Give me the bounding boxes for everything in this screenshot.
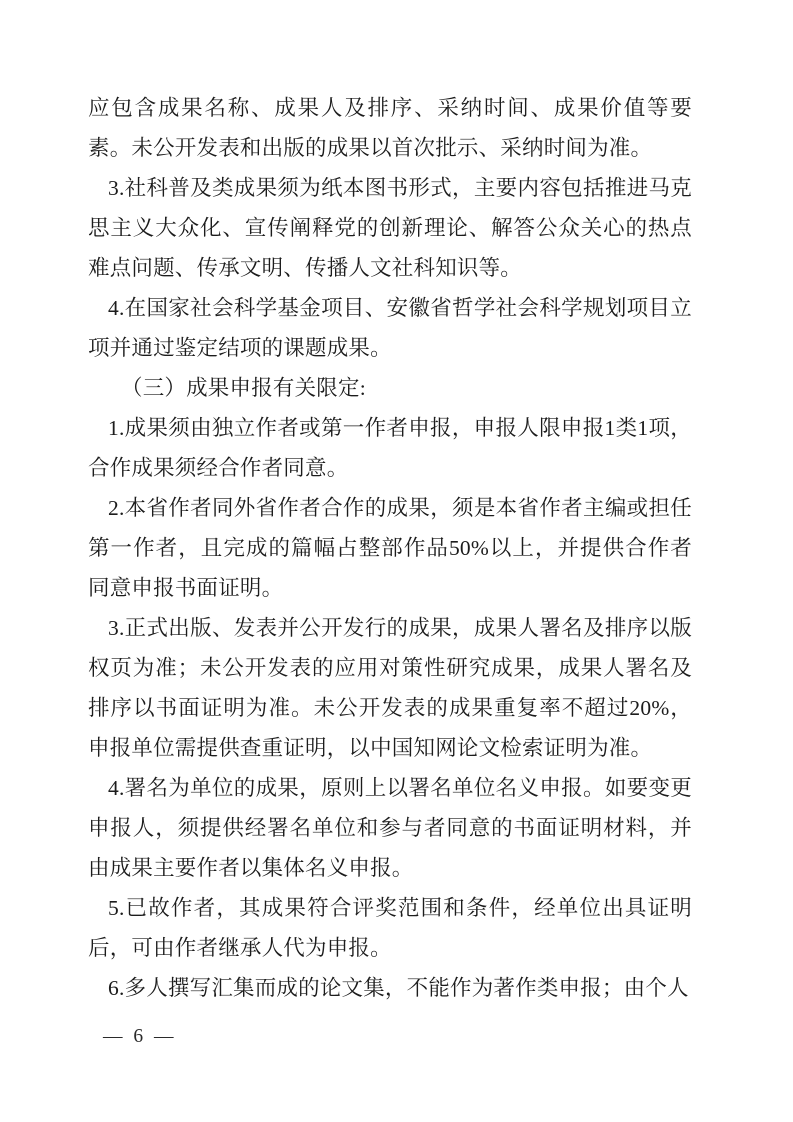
paragraph-limit-3: 3.正式出版、发表并公开发行的成果，成果人署名及排序以版权页为准；未公开发表的应… (88, 608, 692, 768)
document-page: 应包含成果名称、成果人及排序、采纳时间、成果价值等要素。未公开发表和出版的成果以… (0, 0, 793, 1122)
paragraph-item-3: 3.社科普及类成果须为纸本图书形式，主要内容包括推进马克思主义大众化、宣传阐释党… (88, 168, 692, 288)
paragraph-limit-1: 1.成果须由独立作者或第一作者申报，申报人限申报1类1项，合作成果须经合作者同意… (88, 408, 692, 488)
paragraph-limit-5: 5.已故作者，其成果符合评奖范围和条件，经单位出具证明后，可由作者继承人代为申报… (88, 888, 692, 968)
paragraph-item-4: 4.在国家社会科学基金项目、安徽省哲学社会科学规划项目立项并通过鉴定结项的课题成… (88, 288, 692, 368)
paragraph-continuation: 应包含成果名称、成果人及排序、采纳时间、成果价值等要素。未公开发表和出版的成果以… (88, 88, 692, 168)
paragraph-limit-4: 4.署名为单位的成果，原则上以署名单位名义申报。如要变更申报人，须提供经署名单位… (88, 768, 692, 888)
page-number: — 6 — (103, 1024, 177, 1050)
page-body-text: 应包含成果名称、成果人及排序、采纳时间、成果价值等要素。未公开发表和出版的成果以… (88, 88, 692, 1008)
paragraph-limit-6: 6.多人撰写汇集而成的论文集，不能作为著作类申报；由个人 (88, 968, 692, 1008)
section-heading-three: （三）成果申报有关限定: (88, 368, 692, 408)
paragraph-limit-2: 2.本省作者同外省作者合作的成果，须是本省作者主编或担任第一作者，且完成的篇幅占… (88, 488, 692, 608)
